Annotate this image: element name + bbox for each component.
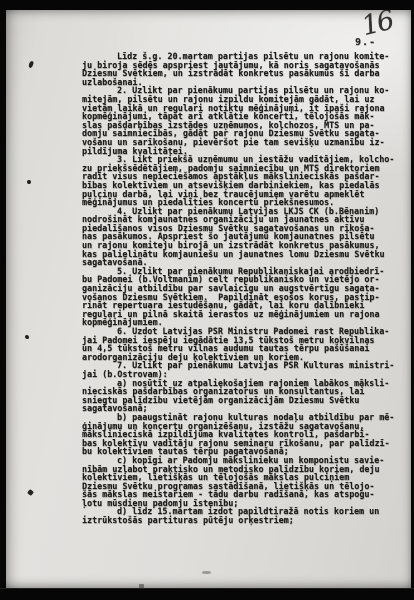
paragraph-intro: Līdz š.g. 20.martam partijas pilsētu un … xyxy=(82,52,400,86)
scanner-border-left xyxy=(0,0,6,600)
paragraph-2: 2. Uzlikt par pienākumu partijas pilsētu… xyxy=(82,86,400,155)
paragraph-6: 6. Uzdot Latvijas PSR Ministru Padomei r… xyxy=(82,327,400,361)
paragraph-7: 7. Uzlikt par pienākumu Latvijas PSR Kul… xyxy=(82,361,400,378)
paragraph-7c: c) kopīgi ar Padomju mākslinieku un komp… xyxy=(82,456,400,508)
typed-text-block: Līdz š.g. 20.martam partijas pilsētu un … xyxy=(82,52,400,525)
paragraph-5: 5. Uzlikt par pienākumu Republikaniskaja… xyxy=(82,267,400,327)
scanner-border-top xyxy=(0,0,414,10)
paragraph-7a: a) nosūtīt uz atpaliekošajiem rajoniem l… xyxy=(82,379,400,413)
ink-speck xyxy=(27,180,31,184)
scan-smudge xyxy=(202,571,211,574)
paragraph-7b: b) paaugstināt rajonu kulturas nodaļu at… xyxy=(82,413,400,456)
scanner-border-bottom xyxy=(0,588,414,600)
page-number: 9.- xyxy=(355,37,376,48)
paragraph-3: 3. Likt priekšā uzņēmumu un iestāžu vadī… xyxy=(82,155,400,207)
scan-background: 16 9.- Līdz š.g. 20.martam partijas pils… xyxy=(0,0,414,600)
paragraph-7d: d) līdz 15.martam izdot papildtiražā not… xyxy=(82,507,400,524)
paragraph-4: 4. Uzlikt par pienākumu Latvijas ĻKJS CK… xyxy=(82,207,400,267)
ink-speck xyxy=(25,335,29,339)
